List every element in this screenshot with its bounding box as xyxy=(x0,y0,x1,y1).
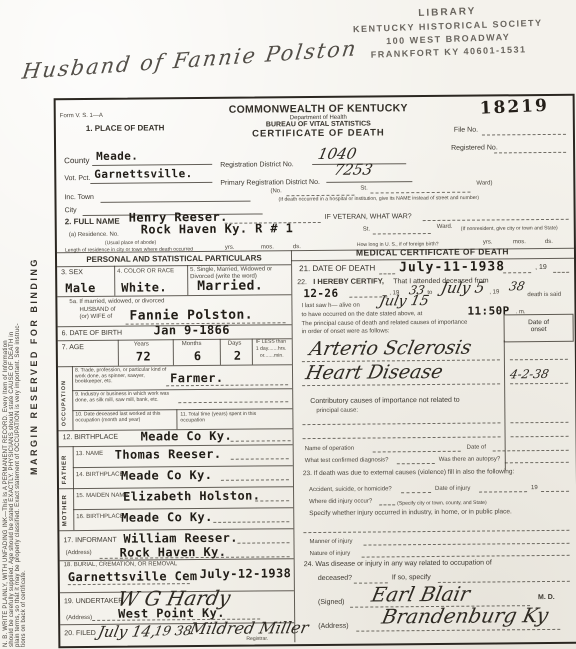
date-of-onset-box: Date of onset xyxy=(504,314,574,343)
operation-date-label: Date of xyxy=(467,445,486,452)
trade-label: 8. Trade, profession, or particular kind… xyxy=(75,367,167,385)
dotted-line xyxy=(373,451,461,453)
file-no-label: File No. xyxy=(454,127,478,135)
total-time-label: 11. Total time (years) spent in this occ… xyxy=(180,411,263,423)
days-header: Days xyxy=(228,341,242,348)
certificate-title: CERTIFICATE OF DEATH xyxy=(206,127,431,140)
md-label: M. D. xyxy=(538,594,555,602)
race-label: 4. COLOR OR RACE xyxy=(117,268,174,275)
cell-divider xyxy=(176,409,177,429)
nature-of-injury-label: Nature of injury xyxy=(310,551,351,558)
county-value: Meade. xyxy=(96,150,138,163)
attended-to-year: 38 xyxy=(508,279,526,293)
contributory-label: principal cause: xyxy=(316,408,358,415)
dotted-line xyxy=(221,479,289,481)
dotted-line xyxy=(362,555,570,558)
undertaker-address-label: (Address) xyxy=(66,615,92,622)
injury-date-label: Date of injury xyxy=(435,486,470,493)
autopsy-label: Was there an autopsy? xyxy=(439,456,501,463)
death-said-label: death is said xyxy=(527,292,561,299)
physician-address-label: (Address) xyxy=(318,623,348,631)
age-months-value: 6 xyxy=(194,349,202,363)
dotted-line xyxy=(510,383,568,385)
dotted-line xyxy=(178,401,288,403)
rule-line xyxy=(92,164,212,166)
mother-maiden-label: 15. MAIDEN NAME xyxy=(76,493,128,500)
dotted-line xyxy=(303,436,501,439)
burial-label: 18. BURIAL, CREMATION, OR REMOVAL xyxy=(64,561,178,569)
dotted-line xyxy=(237,542,289,543)
certify-number: 22. xyxy=(297,279,307,287)
father-birthplace-value: Meade Co Ky. xyxy=(121,468,213,483)
birthplace-value: Meade Co Ky. xyxy=(141,429,233,444)
date-of-death-value: July-11-1938 xyxy=(399,259,505,275)
filed-year-value: 19 38 xyxy=(153,624,193,639)
handwritten-note: Husband of Fannie Polston xyxy=(21,36,359,84)
registrar-signature: Mildred Miller xyxy=(188,618,310,638)
binding-margin: N. B. WRITE PLAINLY, WITH UNFADING INK—T… xyxy=(3,85,39,647)
attended-to-value: July 5 xyxy=(439,279,486,297)
file-stamp-number: 18219 xyxy=(479,96,549,119)
undertaker-label: 19. UNDERTAKER xyxy=(64,598,123,607)
dotted-line xyxy=(401,492,431,493)
accident-label: Accident, suicide, or homicide? xyxy=(309,486,392,493)
commonwealth-title: COMMONWEALTH OF KENTUCKY xyxy=(206,102,431,116)
sex-label: 3. SEX xyxy=(61,269,83,277)
form-number: Form V. S. 1—A xyxy=(60,113,103,120)
dotted-line xyxy=(397,463,435,464)
dotted-line xyxy=(68,583,190,585)
principal-cause-label: in order of onset were as follows: xyxy=(302,328,390,335)
father-vertical-label: FATHER xyxy=(62,452,68,484)
dotted-line xyxy=(494,152,566,154)
ds-label: ds. xyxy=(545,239,553,246)
mother-vertical-label: MOTHER xyxy=(62,494,68,526)
dotted-line xyxy=(231,440,291,442)
occupation-vertical-label: OCCUPATION xyxy=(61,372,67,426)
column-divider xyxy=(291,250,295,642)
dotted-line xyxy=(370,192,470,194)
residence-st-label: St. xyxy=(363,227,370,234)
inc-town-label: Inc. Town xyxy=(64,194,94,202)
filed-date-value: July 14, xyxy=(96,622,157,641)
burial-place-value: Garnettsville Cem xyxy=(68,569,198,584)
informant-label: 17. INFORMANT xyxy=(63,537,116,546)
birthplace-label: 12. BIRTHPLACE xyxy=(63,434,119,443)
father-name-value: Thomas Reeser. xyxy=(115,447,222,462)
mother-maiden-value: Elizabeth Holston. xyxy=(123,488,260,503)
dotted-line xyxy=(302,422,500,425)
cell-divider xyxy=(118,340,119,366)
cause-of-death-2: Heart Disease xyxy=(304,361,445,384)
personal-section-title: PERSONAL AND STATISTICAL PARTICULARS xyxy=(57,253,291,264)
dotted-line xyxy=(503,272,531,273)
abode-note: (Usual place of abode) xyxy=(105,240,156,246)
rule-line xyxy=(101,201,251,203)
dotted-line xyxy=(356,629,560,632)
dotted-line xyxy=(379,504,395,505)
dotted-line xyxy=(479,491,527,492)
race-value: White. xyxy=(121,280,167,294)
deceased-label: deceased? xyxy=(318,575,352,583)
county-label: County xyxy=(64,157,89,166)
residence-label: (a) Residence. No. xyxy=(69,232,119,239)
dotted-line xyxy=(166,384,288,386)
marital-value: Married. xyxy=(197,278,263,294)
st-label: St. xyxy=(360,186,367,193)
months-header: Months xyxy=(182,341,202,348)
last-saw-value: July 15 xyxy=(378,293,431,309)
onset-label: onset xyxy=(505,326,573,334)
cell-divider xyxy=(252,339,253,365)
dotted-line xyxy=(255,500,289,501)
burial-date-value: July-12-1938 xyxy=(200,566,292,581)
filed-label: 20. FILED xyxy=(64,630,96,638)
specify-city-note: (Specify city or town, county, and State… xyxy=(397,501,487,507)
last-worked-label: 10. Date deceased last worked at this oc… xyxy=(75,411,170,423)
dotted-line xyxy=(553,272,569,273)
dotted-line xyxy=(482,134,566,136)
no-label: (No. xyxy=(270,188,281,195)
mother-birthplace-label: 16. BIRTHPLACE xyxy=(76,514,124,521)
informant-name-value: William Reeser. xyxy=(123,531,237,546)
physician-address-value: Brandenburg Ky xyxy=(380,603,551,628)
wife-of-label: (or) WIFE of xyxy=(79,314,112,321)
occurred-at-label: to have occurred on the date stated abov… xyxy=(301,311,422,319)
dotted-line xyxy=(493,450,569,452)
rule-line xyxy=(326,181,412,183)
dotted-line xyxy=(364,543,570,546)
operation-label: Name of operation xyxy=(305,446,354,453)
rule-line xyxy=(58,364,292,367)
trade-value: Farmer. xyxy=(170,371,223,385)
sex-value: Male xyxy=(65,281,96,295)
cell-divider xyxy=(187,265,188,295)
years-header: Years xyxy=(134,341,149,348)
mos-label: mos. xyxy=(513,239,526,246)
residence-ward-label: Ward. xyxy=(437,224,453,231)
certificate-frame: Form V. S. 1—A 1. PLACE OF DEATH COMMONW… xyxy=(54,94,576,649)
hospital-note: (If death occurred in a hospital or inst… xyxy=(278,196,478,203)
date-of-birth-value: Jan 9-1866 xyxy=(154,323,230,338)
age-years-value: 72 xyxy=(136,349,151,363)
principal-cause-label: The principal cause of death and related… xyxy=(302,320,468,328)
specify-whether-note: Specify whether injury occurred in indus… xyxy=(309,508,555,517)
signed-label: (Signed) xyxy=(318,599,345,607)
margin-binding-label: MARGIN RESERVED FOR BINDING xyxy=(29,85,39,647)
dotted-line xyxy=(423,219,569,221)
manner-of-injury-label: Manner of injury xyxy=(309,539,352,546)
residence-value: Rock Haven Ky. R # 1 xyxy=(141,221,294,236)
last-saw-label: I last saw h— alive on xyxy=(301,303,359,310)
if-less-note: 1 day.......hrs. xyxy=(256,346,287,352)
nonresident-note: (If nonresident, give city or town and S… xyxy=(461,226,558,232)
husband-of-label: HUSBAND of xyxy=(79,307,115,314)
dotted-line xyxy=(511,436,569,438)
mother-birthplace-value: Meade Co Ky. xyxy=(121,510,213,525)
primary-district-value: 7253 xyxy=(332,160,374,178)
cause-of-death-1: Arterio Sclerosis xyxy=(308,337,474,360)
father-name-label: 13. NAME xyxy=(76,451,103,458)
precinct-label: Vot. Pct. xyxy=(64,175,90,183)
spouse-value: Fannie Polston. xyxy=(129,308,253,324)
age-days-value: 2 xyxy=(234,349,242,363)
spouse-label: 5a. If married, widowed, or divorced xyxy=(69,298,164,305)
dotted-line xyxy=(379,273,395,274)
year19-label: 19 xyxy=(531,485,538,492)
age-label: 7. AGE xyxy=(62,344,84,352)
external-causes-label: 23. If death was due to external causes … xyxy=(303,468,553,477)
medical-section-title: MEDICAL CERTIFICATE OF DEATH xyxy=(291,246,574,258)
dotted-line xyxy=(541,491,569,492)
yrs-label: yrs. xyxy=(483,239,493,246)
dotted-line xyxy=(505,462,569,464)
margin-note-line: tions on back of certificate. xyxy=(21,85,27,647)
attended-from-value: 12-26 xyxy=(303,287,338,300)
scanned-death-certificate: N. B. WRITE PLAINLY, WITH UNFADING INK—T… xyxy=(0,0,576,649)
dotted-line xyxy=(510,359,568,361)
full-name-label: 2. FULL NAME xyxy=(65,218,120,227)
veteran-label: IF VETERAN, WHAT WAR? xyxy=(325,213,412,222)
ward-label: Ward) xyxy=(476,180,492,187)
test-label: What test confirmed diagnosis? xyxy=(305,457,389,464)
father-birthplace-label: 14. BIRTHPLACE xyxy=(76,472,124,479)
dotted-line xyxy=(213,521,289,523)
industry-label: 9. Industry or business in which work wa… xyxy=(75,391,175,403)
if-less-note: or.......min. xyxy=(260,353,284,359)
header-title-block: COMMONWEALTH OF KENTUCKY Department of H… xyxy=(206,102,431,140)
dotted-line xyxy=(373,233,431,235)
onset-date-value: 4-2-38 xyxy=(509,367,551,381)
rule-line xyxy=(72,388,292,391)
contributory-label: Contributory causes of importance not re… xyxy=(310,397,459,406)
rule-line xyxy=(90,182,212,184)
registered-no-label: Registered No. xyxy=(451,144,498,152)
cell-divider xyxy=(114,266,115,296)
cell-divider xyxy=(173,339,174,365)
dotted-line xyxy=(231,458,289,460)
precinct-value: Garnettsville. xyxy=(94,167,192,181)
year-prefix-label: , 19 xyxy=(489,289,499,296)
if-less-note: IF LESS than xyxy=(256,339,286,345)
cell-divider xyxy=(72,366,74,430)
date-of-death-label: 21. DATE OF DEATH xyxy=(299,264,375,273)
registrar-label: Registrar. xyxy=(246,636,268,642)
registration-district-label: Registration District No. xyxy=(220,161,294,170)
occupation-question-label: 24. Was disease or injury in any way rel… xyxy=(304,559,492,569)
where-injury-label: Where did injury occur? xyxy=(309,499,372,506)
informant-address-label: (Address) xyxy=(66,550,92,557)
library-stamp: LIBRARY KENTUCKY HISTORICAL SOCIETY 100 … xyxy=(331,2,565,63)
certify-label: I HEREBY CERTIFY, xyxy=(313,277,384,286)
year-suffix-label: , 19 xyxy=(535,264,547,272)
section-place-of-death: 1. PLACE OF DEATH xyxy=(86,124,165,133)
date-of-birth-label: 6. DATE OF BIRTH xyxy=(62,330,122,339)
primary-district-label: Primary Registration District No. xyxy=(220,179,320,188)
dotted-line xyxy=(303,530,569,533)
cell-divider xyxy=(220,339,221,365)
city-label: City xyxy=(65,207,77,215)
dotted-line xyxy=(510,422,568,424)
